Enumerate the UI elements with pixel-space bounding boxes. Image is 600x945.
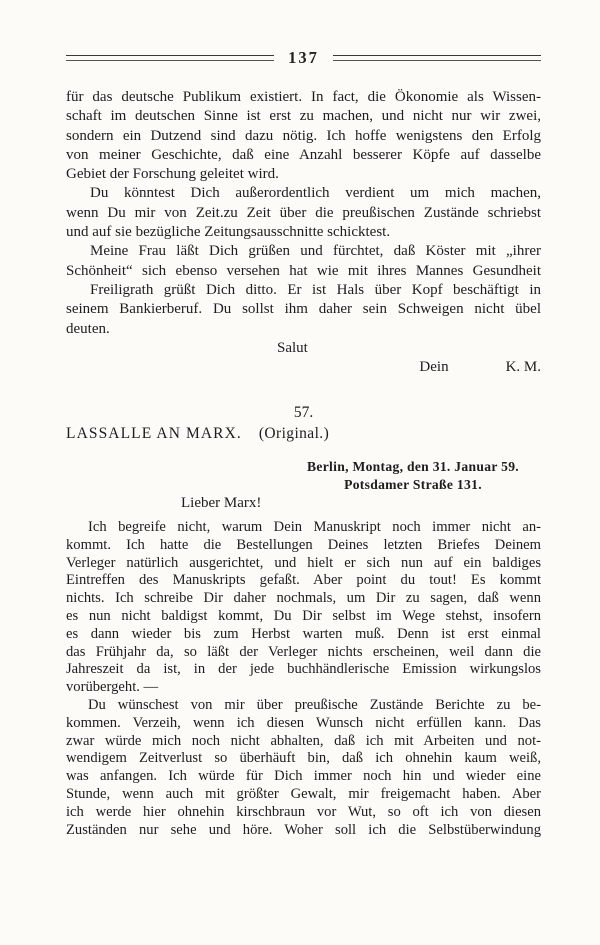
salutation: Lieber Marx! bbox=[181, 494, 541, 513]
text-line: wendigem Zeitverlust so überhäuft bin, d… bbox=[66, 750, 541, 768]
text-line: deuten. bbox=[66, 320, 541, 339]
text-line: zwar würde mich noch nicht abhalten, daß… bbox=[66, 733, 541, 751]
letter-56-continuation: für das deutsche Publikum existiert. In … bbox=[66, 88, 541, 377]
header-rule-left bbox=[66, 55, 274, 61]
text-line: nichts. Ich schreibe Dir daher nochmals,… bbox=[66, 590, 541, 608]
book-page: 137 für das deutsche Publikum existiert.… bbox=[0, 0, 600, 945]
dateline-place-date: Berlin, Montag, den 31. Januar 59. bbox=[307, 458, 519, 476]
text-line: Gebiet der Forschung geleitet wird. bbox=[66, 165, 541, 184]
text-line: Ich begreife nicht, warum Dein Manuskrip… bbox=[66, 519, 541, 537]
letter-number: 57. bbox=[66, 403, 541, 422]
header-rule-right bbox=[333, 55, 541, 61]
text-line: ich werde hier ohnehin kirschbraun vor W… bbox=[66, 804, 541, 822]
text-line: wenn Du mir von Zeit.zu Zeit über die pr… bbox=[66, 204, 541, 223]
letter-56-paragraphs: für das deutsche Publikum existiert. In … bbox=[66, 88, 541, 339]
text-line: Eintreffen des Manuskripts gefaßt. Aber … bbox=[66, 572, 541, 590]
text-line: Freiligrath grüßt Dich ditto. Er ist Hal… bbox=[66, 281, 541, 300]
salut-line: Salut bbox=[277, 339, 541, 358]
text-line: seinem Bankierberuf. Du sollst ihm daher… bbox=[66, 300, 541, 319]
letter-heading: LASSALLE AN MARX.(Original.) bbox=[66, 424, 541, 444]
text-line: Verleger natürlich ausgerichtet, und hie… bbox=[66, 555, 541, 573]
text-line: und auf sie bezügliche Zeitungsausschnit… bbox=[66, 223, 541, 242]
text-line: Jahreszeit da ist, in der jede buchhändl… bbox=[66, 661, 541, 679]
text-line: Zuständen nur sehe und höre. Woher soll … bbox=[66, 822, 541, 840]
text-line: schaft im deutschen Sinne ist erst zu ma… bbox=[66, 107, 541, 126]
page-number: 137 bbox=[284, 50, 323, 66]
signature-initials: K. M. bbox=[506, 359, 541, 375]
text-line: das Frühjahr da, so läßt der Verleger ni… bbox=[66, 644, 541, 662]
text-line: es nun nicht baldigst kommt, Du Dir selb… bbox=[66, 608, 541, 626]
text-line: von meiner Geschichte, daß eine Anzahl b… bbox=[66, 146, 541, 165]
signature-row: DeinK. M. bbox=[66, 358, 541, 377]
text-line: sondern ein Dutzend sind dazu nötig. Ich… bbox=[66, 127, 541, 146]
dateline: Berlin, Montag, den 31. Januar 59. Potsd… bbox=[307, 458, 519, 494]
text-line: vorübergeht. — bbox=[66, 679, 541, 697]
text-line: Du könntest Dich außerordentlich verdien… bbox=[66, 184, 541, 203]
valediction: Dein bbox=[419, 359, 448, 375]
text-line: Schönheit“ sich ebenso versehen hat wie … bbox=[66, 262, 541, 281]
text-line: was anfangen. Ich würde für Dich immer n… bbox=[66, 768, 541, 786]
letter-heading-title: LASSALLE AN MARX. bbox=[66, 425, 242, 442]
page-header: 137 bbox=[66, 50, 541, 66]
text-line: kommt. Ich hatte die Bestellungen Deines… bbox=[66, 537, 541, 555]
dateline-wrap: Berlin, Montag, den 31. Januar 59. Potsd… bbox=[66, 458, 541, 494]
text-line: Du wünschest von mir über preußische Zus… bbox=[66, 697, 541, 715]
text-line: Stunde, wenn auch mit größter Gewalt, mi… bbox=[66, 786, 541, 804]
letter-57: 57. LASSALLE AN MARX.(Original.) Berlin,… bbox=[66, 403, 541, 839]
text-line: Meine Frau läßt Dich grüßen und fürchtet… bbox=[66, 242, 541, 261]
letter-heading-note: (Original.) bbox=[259, 425, 329, 442]
dateline-address: Potsdamer Straße 131. bbox=[307, 476, 519, 494]
letter-57-paragraphs: Ich begreife nicht, warum Dein Manuskrip… bbox=[66, 519, 541, 839]
text-line: es dann wieder bis zum Herbst warten muß… bbox=[66, 626, 541, 644]
text-line: für das deutsche Publikum existiert. In … bbox=[66, 88, 541, 107]
text-line: kommen. Verzeih, wenn ich diesen Wunsch … bbox=[66, 715, 541, 733]
